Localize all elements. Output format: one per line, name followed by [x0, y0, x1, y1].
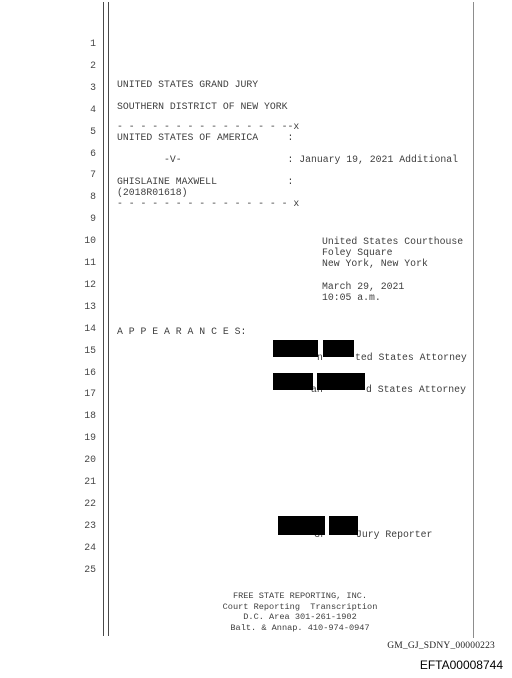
line-number: 22: [70, 498, 96, 509]
redaction-box: [273, 373, 313, 390]
line-number: 3: [70, 82, 96, 93]
redaction-box: [278, 516, 325, 535]
line-number: 15: [70, 345, 96, 356]
courthouse-location: United States Courthouse Foley Square Ne…: [322, 236, 463, 269]
court-title: UNITED STATES GRAND JURY: [117, 79, 258, 90]
reporting-company-footer: FREE STATE REPORTING, INC. Court Reporti…: [150, 591, 450, 634]
line-number: 13: [70, 301, 96, 312]
transcript-page: 1234567891011121314151617181920212223242…: [0, 0, 512, 678]
line-number-column: 1234567891011121314151617181920212223242…: [70, 0, 96, 678]
line-number: 9: [70, 213, 96, 224]
line-number: 12: [70, 279, 96, 290]
line-number: 6: [70, 148, 96, 159]
appearance-1-fragment-right: ted States Attorney: [355, 352, 467, 363]
session-datetime: March 29, 2021 10:05 a.m.: [322, 281, 404, 303]
right-margin-rule: [473, 2, 474, 638]
case-caption: - - - - - - - - - - - - - - --x UNITED S…: [117, 121, 458, 209]
redaction-box: [329, 516, 358, 535]
left-double-rule: [103, 2, 109, 636]
line-number: 10: [70, 235, 96, 246]
line-number: 20: [70, 454, 96, 465]
line-number: 5: [70, 126, 96, 137]
line-number: 17: [70, 388, 96, 399]
line-number: 8: [70, 191, 96, 202]
line-number: 21: [70, 476, 96, 487]
redaction-box: [317, 373, 365, 390]
line-number: 1: [70, 38, 96, 49]
line-number: 11: [70, 257, 96, 268]
line-number: 14: [70, 323, 96, 334]
redaction-box: [273, 340, 318, 357]
appearances-heading: A P P E A R A N C E S:: [117, 326, 246, 337]
bates-stamp-gj: GM_GJ_SDNY_00000223: [387, 641, 495, 651]
line-number: 7: [70, 169, 96, 180]
district-title: SOUTHERN DISTRICT OF NEW YORK: [117, 101, 288, 112]
line-number: 18: [70, 410, 96, 421]
line-number: 16: [70, 367, 96, 378]
line-number: 23: [70, 520, 96, 531]
line-number: 2: [70, 60, 96, 71]
redaction-box: [323, 340, 354, 357]
bates-stamp-efta: EFTA00008744: [420, 658, 503, 672]
reporter-fragment-right: Jury Reporter: [356, 529, 432, 540]
line-number: 4: [70, 104, 96, 115]
line-number: 24: [70, 542, 96, 553]
line-number: 19: [70, 432, 96, 443]
line-number: 25: [70, 564, 96, 575]
appearance-2-fragment-right: d States Attorney: [366, 384, 466, 395]
